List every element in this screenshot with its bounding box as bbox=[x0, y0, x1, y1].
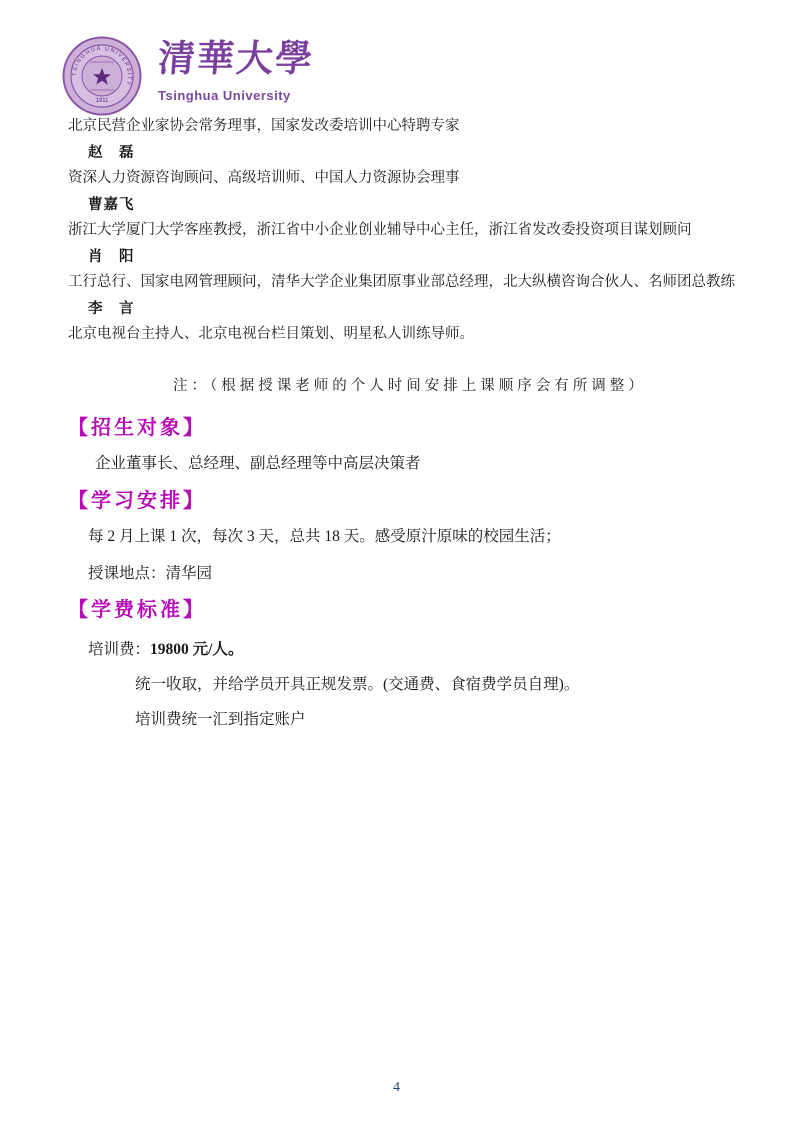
tsinghua-logo: TSINGHUA UNIVERSITY 1911 清華大學 Tsinghua U… bbox=[62, 36, 314, 116]
document-page: TSINGHUA UNIVERSITY 1911 清華大學 Tsinghua U… bbox=[0, 0, 793, 1122]
page-number: 4 bbox=[0, 1080, 793, 1096]
tuition-fee-value: 19800 元/人。 bbox=[150, 641, 243, 658]
university-name-english: Tsinghua University bbox=[158, 88, 314, 103]
faculty-title: 北京电视台主持人、北京电视台栏目策划、明星私人训练导师。 bbox=[68, 322, 733, 347]
faculty-title: 浙江大学厦门大学客座教授，浙江省中小企业创业辅导中心主任，浙江省发改委投资项目谋… bbox=[68, 218, 733, 243]
tuition-transfer-line: 培训费统一汇到指定账户 bbox=[135, 707, 733, 732]
faculty-intro-line: 北京民营企业家协会常务理事，国家发改委培训中心特聘专家 bbox=[68, 114, 733, 139]
section-heading-schedule: 【学习安排】 bbox=[68, 486, 733, 516]
tsinghua-seal-icon: TSINGHUA UNIVERSITY 1911 bbox=[62, 36, 142, 116]
faculty-title: 工行总行、国家电网管理顾问，清华大学企业集团原事业部总经理，北大纵横咨询合伙人、… bbox=[68, 270, 733, 295]
seal-year: 1911 bbox=[96, 98, 110, 104]
tuition-fee-label: 培训费： bbox=[88, 641, 150, 658]
university-name-calligraphy: 清華大學 bbox=[157, 40, 316, 80]
tuition-fee-line: 培训费：19800 元/人。 bbox=[88, 637, 733, 662]
logo-text-block: 清華大學 Tsinghua University bbox=[158, 36, 314, 103]
enrollment-target-line: 企业董事长、总经理、副总经理等中高层决策者 bbox=[95, 451, 733, 476]
schedule-note: 注：（根据授课老师的个人时间安排上课顺序会有所调整） bbox=[173, 375, 733, 397]
tuition-invoice-line: 统一收取，并给学员开具正规发票。(交通费、食宿费学员自理)。 bbox=[135, 672, 733, 697]
faculty-name: 肖 阳 bbox=[68, 245, 733, 270]
faculty-name: 赵 磊 bbox=[68, 141, 733, 166]
section-heading-enrollment: 【招生对象】 bbox=[68, 413, 733, 443]
document-content: 北京民营企业家协会常务理事，国家发改委培训中心特聘专家 赵 磊 资深人力资源咨询… bbox=[68, 114, 733, 732]
schedule-line-frequency: 每 2 月上课 1 次，每次 3 天，总共 18 天。感受原汁原味的校园生活； bbox=[88, 524, 733, 549]
faculty-name: 李 言 bbox=[68, 297, 733, 322]
faculty-name: 曹嘉飞 bbox=[68, 193, 733, 218]
faculty-title: 资深人力资源咨询顾问、高级培训师、中国人力资源协会理事 bbox=[68, 166, 733, 191]
schedule-line-location: 授课地点：清华园 bbox=[88, 561, 733, 586]
section-heading-tuition: 【学费标准】 bbox=[68, 595, 733, 625]
